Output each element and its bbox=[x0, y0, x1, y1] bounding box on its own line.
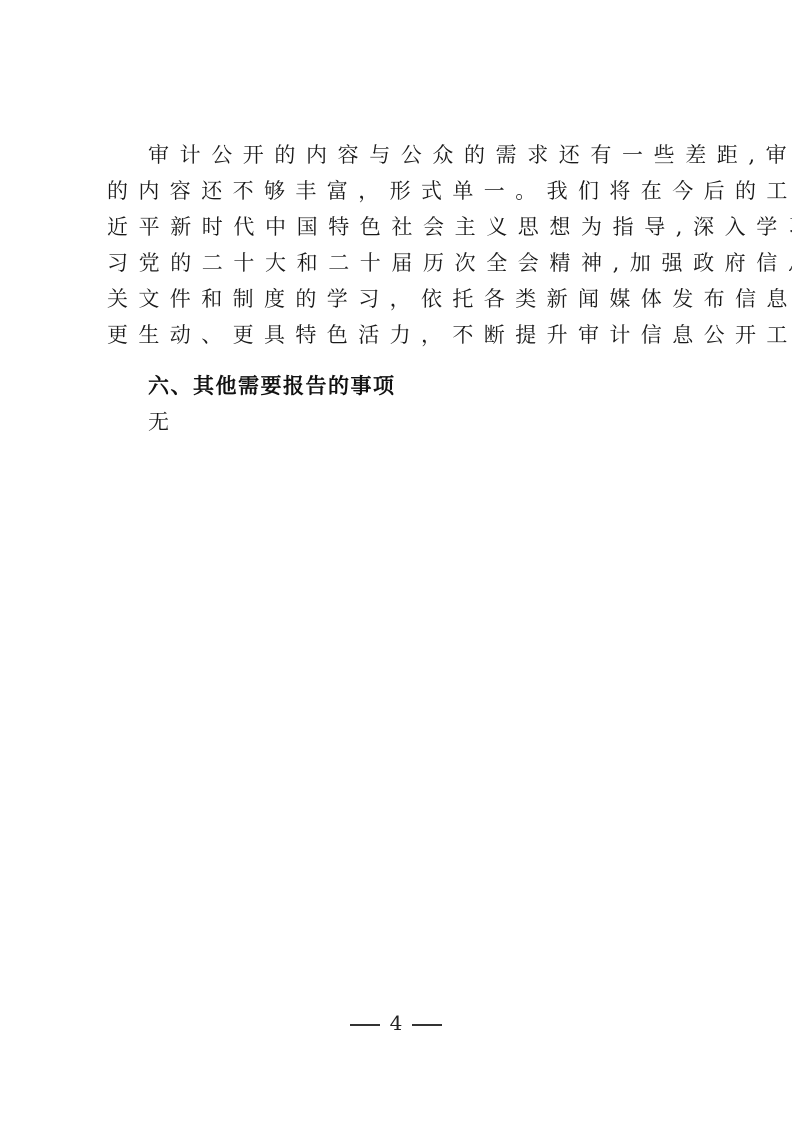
section-heading: 六、其他需要报告的事项 bbox=[148, 368, 396, 404]
dash-left bbox=[350, 1024, 380, 1026]
paragraph-line: 习党的二十大和二十届历次全会精神,加强政府信息公开工作有 bbox=[107, 245, 792, 281]
dash-right bbox=[412, 1024, 442, 1026]
paragraph-line: 的内容还不够丰富，形式单一。我们将在今后的工作中坚持以习 bbox=[107, 173, 792, 209]
document-page: 审计公开的内容与公众的需求还有一些差距,审计信息公开 的内容还不够丰富，形式单一… bbox=[0, 0, 792, 1122]
paragraph-line: 更生动、更具特色活力，不断提升审计信息公开工作水平。 bbox=[107, 317, 792, 353]
paragraph-line: 审计公开的内容与公众的需求还有一些差距,审计信息公开 bbox=[148, 137, 792, 173]
paragraph-line: 关文件和制度的学习，依托各类新闻媒体发布信息，让政务发布 bbox=[107, 281, 792, 317]
section-body: 无 bbox=[148, 404, 169, 440]
page-footer: 4 bbox=[0, 1008, 792, 1038]
paragraph-line: 近平新时代中国特色社会主义思想为指导,深入学习贯彻落实学 bbox=[107, 209, 792, 245]
page-number: 4 bbox=[390, 1011, 403, 1035]
